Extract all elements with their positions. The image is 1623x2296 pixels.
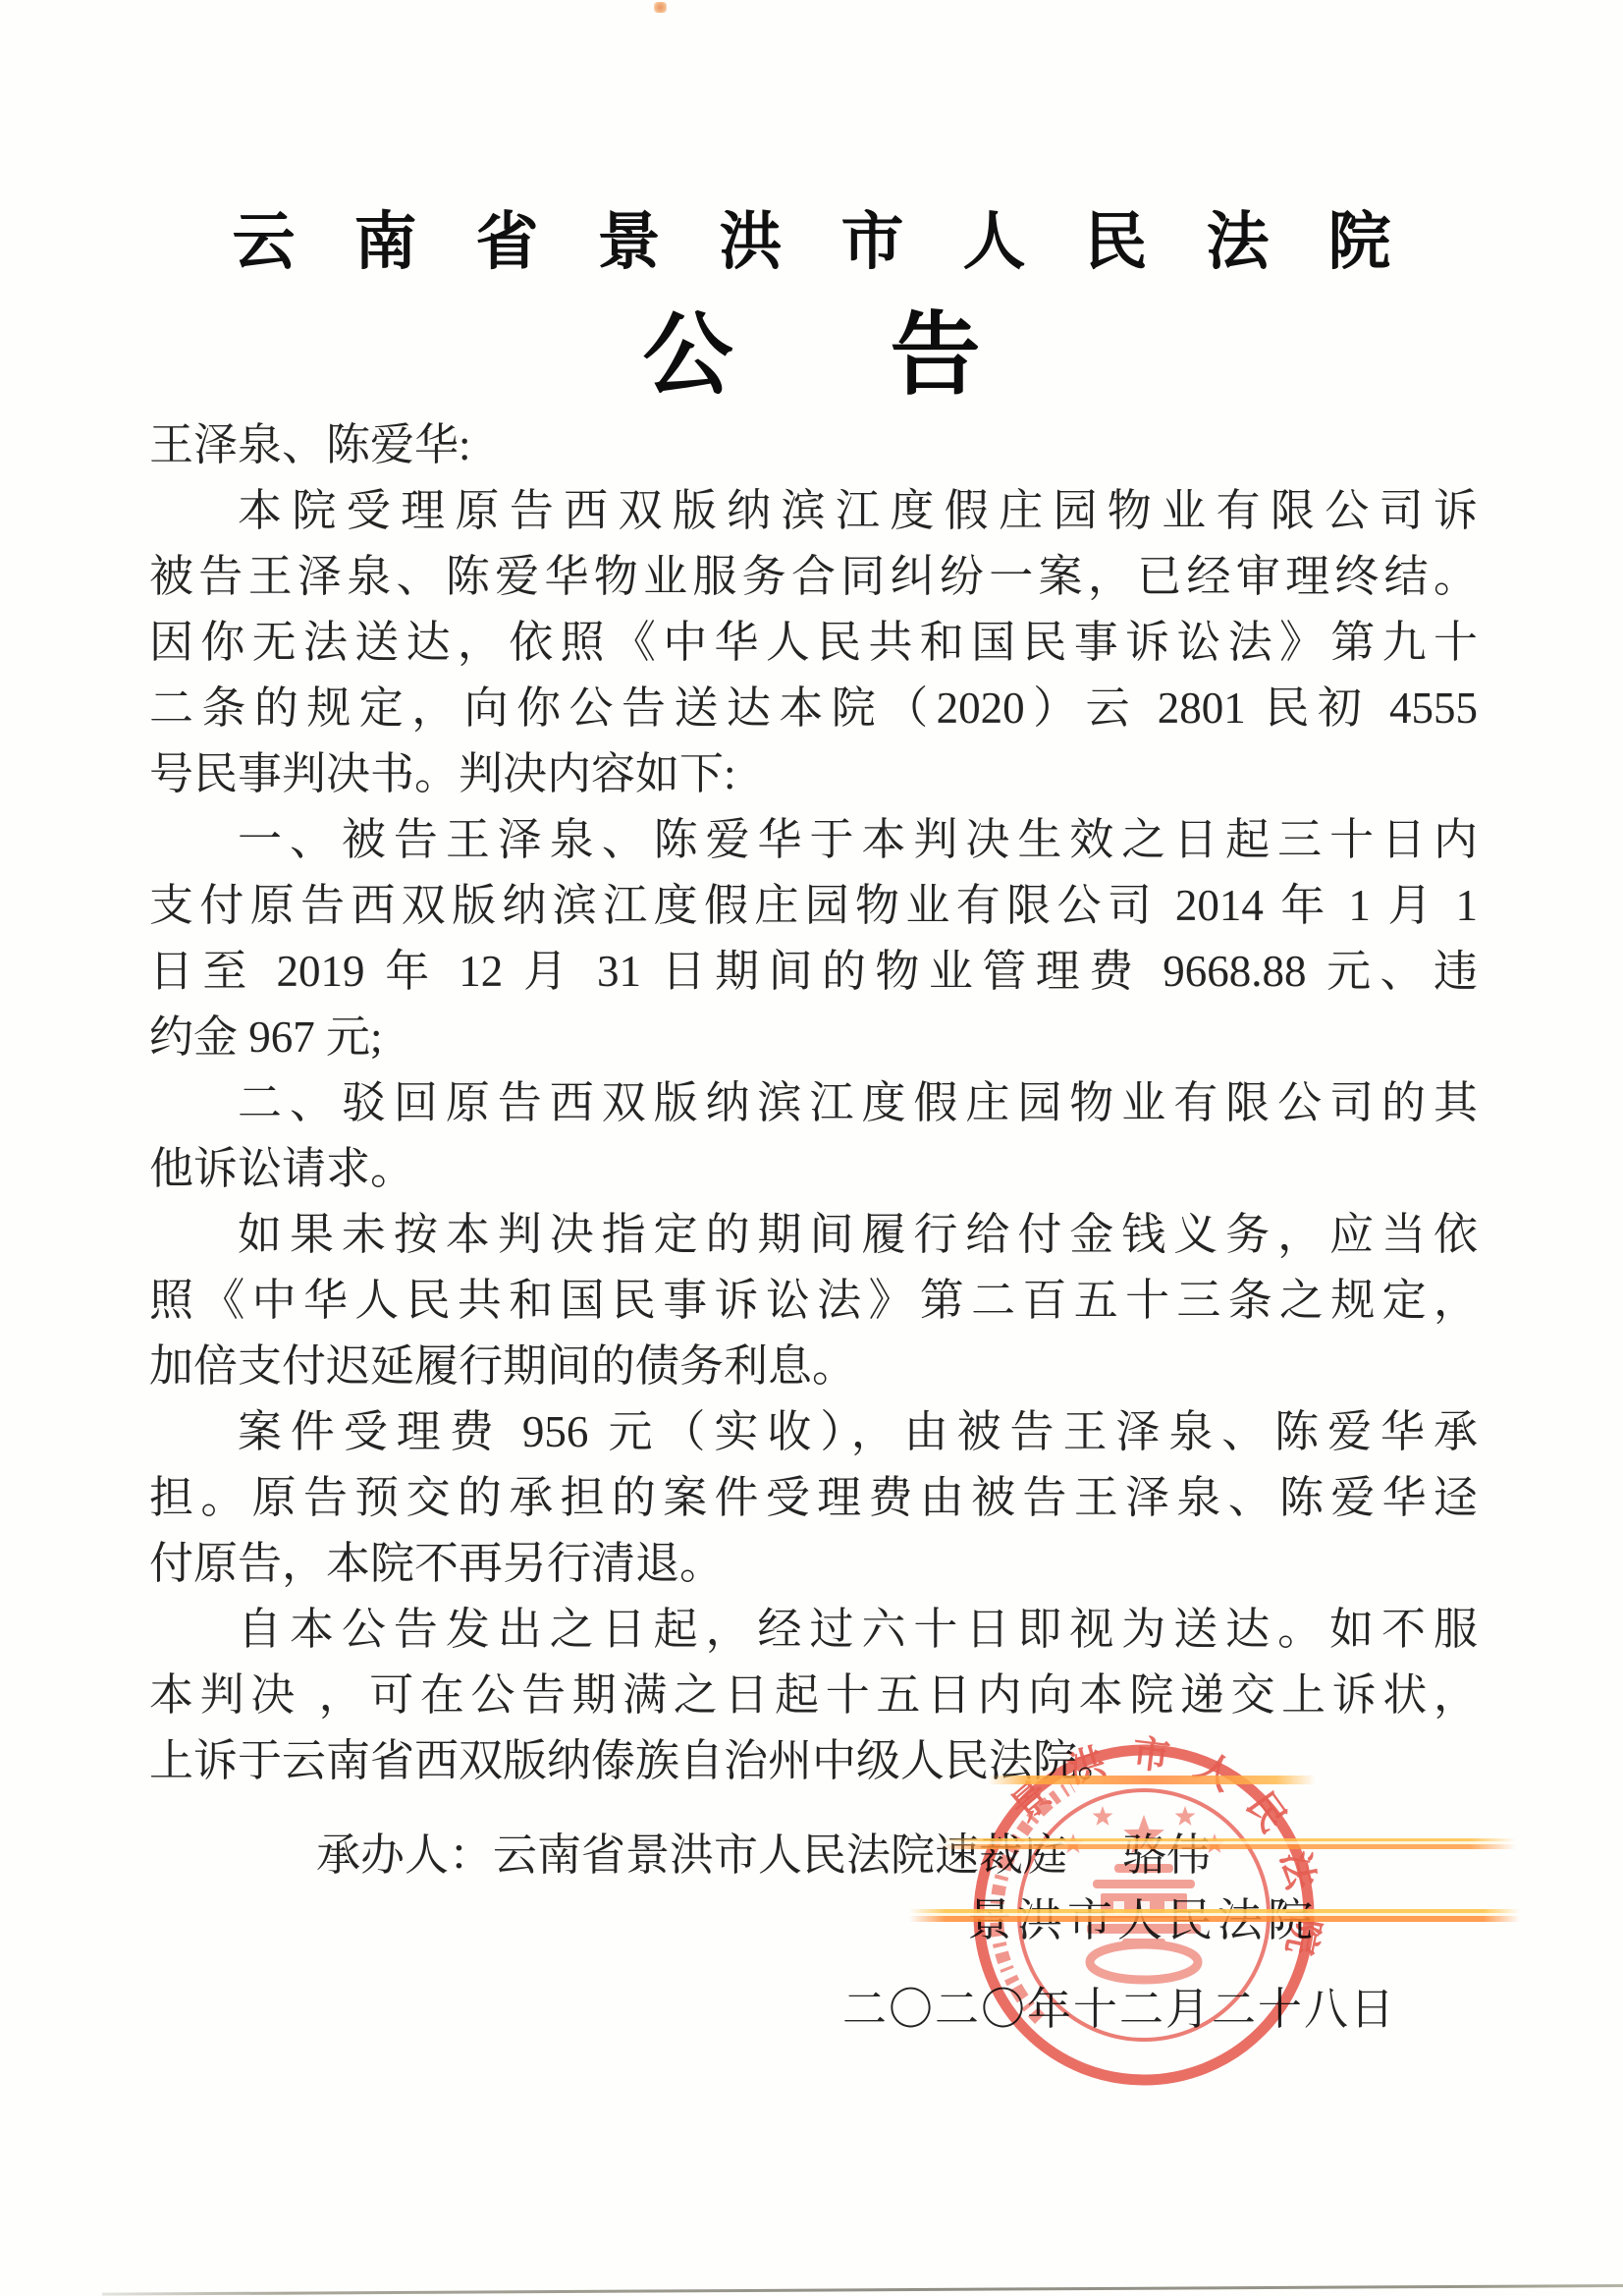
body-line: 案件受理费 956 元（实收），由被告王泽泉、陈爱华承 [149, 1399, 1478, 1465]
court-name-title: 云南省景洪市人民法院 [0, 206, 1623, 277]
body-line: 付原告，本院不再另行清退。 [149, 1531, 1478, 1597]
body-line: 日至 2019 年 12 月 31 日期间的物业管理费 9668.88 元、违 [149, 939, 1478, 1005]
body-line: 二条的规定，向你公告送达本院（2020）云 2801 民初 4555 [149, 676, 1478, 741]
addressee-line: 王泽泉、陈爱华: [149, 412, 1478, 478]
body-line: 因你无法送达，依照《中华人民共和国民事诉讼法》第九十 [149, 610, 1478, 676]
body-line: 本院受理原告西双版纳滨江度假庄园物业有限公司诉 [149, 478, 1478, 544]
national-emblem-graphic [1063, 1806, 1225, 1980]
body-line: 加倍支付迟延履行期间的债务利息。 [149, 1334, 1478, 1399]
body-line: 担。原告预交的承担的案件受理费由被告王泽泉、陈爱华迳 [149, 1465, 1478, 1531]
body-line: 支付原告西双版纳滨江度假庄园物业有限公司 2014 年 1 月 1 [149, 873, 1478, 939]
undertaker-label: 承办人： [316, 1823, 493, 1888]
body-line: 二、驳回原告西双版纳滨江度假庄园物业有限公司的其 [149, 1070, 1478, 1136]
body-line: 被告王泽泉、陈爱华物业服务合同纠纷一案，已经审理终结。 [149, 544, 1478, 610]
notice-type-title: 公告 [0, 306, 1623, 405]
body-line: 自本公告发出之日起，经过六十日即视为送达。如不服 [149, 1597, 1478, 1663]
body-line: 约金 967 元; [149, 1005, 1478, 1070]
body-line: 本判决 ，可在公告期满之日起十五日内向本院递交上诉状， [149, 1663, 1478, 1728]
body-line: 照《中华人民共和国民事诉讼法》第二百五十三条之规定， [149, 1268, 1478, 1334]
scan-bottom-edge [102, 2284, 1623, 2296]
body-lines: 本院受理原告西双版纳滨江度假庄园物业有限公司诉被告王泽泉、陈爱华物业服务合同纠纷… [149, 478, 1478, 1794]
official-seal: 景洪市人民法院 [957, 1728, 1330, 2102]
body-line: 号民事判决书。判决内容如下: [149, 741, 1478, 807]
scan-ink-speck [654, 2, 667, 13]
body-line: 如果未按本判决指定的期间履行给付金钱义务，应当依 [149, 1202, 1478, 1268]
notice-body: 王泽泉、陈爱华: 本院受理原告西双版纳滨江度假庄园物业有限公司诉被告王泽泉、陈爱… [149, 412, 1478, 1794]
body-line: 一、被告王泽泉、陈爱华于本判决生效之日起三十日内 [149, 807, 1478, 873]
body-line: 他诉讼请求。 [149, 1136, 1478, 1202]
court-notice-page: 云南省景洪市人民法院 公告 王泽泉、陈爱华: 本院受理原告西双版纳滨江度假庄园物… [0, 0, 1623, 2296]
